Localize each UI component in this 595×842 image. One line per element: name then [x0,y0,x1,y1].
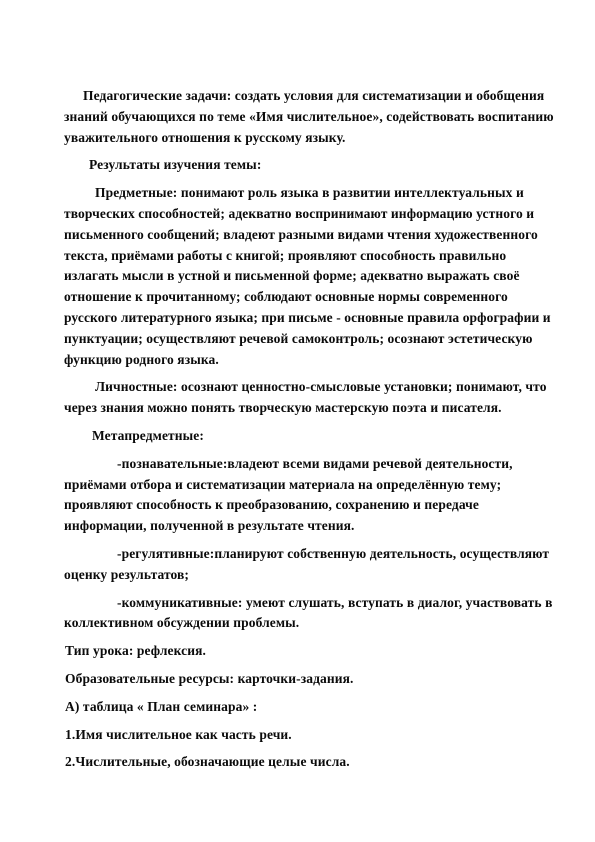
plan-item-1: 1.Имя числительное как часть речи. [64,725,543,746]
text-line: Результаты изучения темы: [64,155,543,176]
results-heading: Результаты изучения темы: [64,155,543,176]
text-line: оценку результатов; [64,565,543,586]
text-line: письменного сообщений; владеют разными в… [64,225,543,246]
lesson-type-line: Тип урока: рефлексия. [64,641,543,662]
text-line: приёмами отбора и систематизации материа… [64,475,543,496]
text-line: коллективном обсуждении проблемы. [64,613,543,634]
text-line: -регулятивные:планируют собственную деят… [64,544,543,565]
text-line: излагать мысли в устной и письменной фор… [64,266,543,287]
text-line: -познавательные:владеют всеми видами реч… [64,454,543,475]
plan-item-2: 2.Числительные, обозначающие целые числа… [64,752,543,773]
text-line: Метапредметные: [64,426,543,447]
text-line: творческих способностей; адекватно воспр… [64,204,543,225]
text-line: русского литературного языка; при письме… [64,308,543,329]
text-line: -коммуникативные: умеют слушать, вступат… [64,593,543,614]
text-line: 2.Числительные, обозначающие целые числа… [64,752,543,773]
text-line: 1.Имя числительное как часть речи. [64,725,543,746]
communicative-results-paragraph: -коммуникативные: умеют слушать, вступат… [64,593,543,635]
text-line: Предметные: понимают роль языка в развит… [64,183,543,204]
text-line: А) таблица « План семинара» : [64,697,543,718]
text-line: через знания можно понять творческую мас… [64,398,543,419]
seminar-plan-table-line: А) таблица « План семинара» : [64,697,543,718]
pedagogical-tasks-paragraph: Педагогические задачи: создать условия д… [64,86,543,148]
regulatory-results-paragraph: -регулятивные:планируют собственную деят… [64,544,543,586]
text-line: информации, полученной в результате чтен… [64,516,543,537]
document-page: Педагогические задачи: создать условия д… [0,0,595,842]
text-line: пунктуации; осуществляют речевой самокон… [64,329,543,350]
text-line: проявляют способность к преобразованию, … [64,495,543,516]
text-line: уважительного отношения к русскому языку… [64,128,543,149]
text-line: Личностные: осознают ценностно-смысловые… [64,377,543,398]
cognitive-results-paragraph: -познавательные:владеют всеми видами реч… [64,454,543,537]
text-line: Образовательные ресурсы: карточки-задани… [64,669,543,690]
personal-results-paragraph: Личностные: осознают ценностно-смысловые… [64,377,543,419]
text-line: текста, приёмами работы с книгой; проявл… [64,246,543,267]
metasubject-heading: Метапредметные: [64,426,543,447]
subject-results-paragraph: Предметные: понимают роль языка в развит… [64,183,543,370]
text-line: Тип урока: рефлексия. [64,641,543,662]
text-line: знаний обучающихся по теме «Имя числител… [64,107,543,128]
text-line: функцию родного языка. [64,350,543,371]
text-line: Педагогические задачи: создать условия д… [64,86,543,107]
document-content: Педагогические задачи: создать условия д… [64,86,543,780]
educational-resources-line: Образовательные ресурсы: карточки-задани… [64,669,543,690]
text-line: отношение к прочитанному; соблюдают осно… [64,287,543,308]
